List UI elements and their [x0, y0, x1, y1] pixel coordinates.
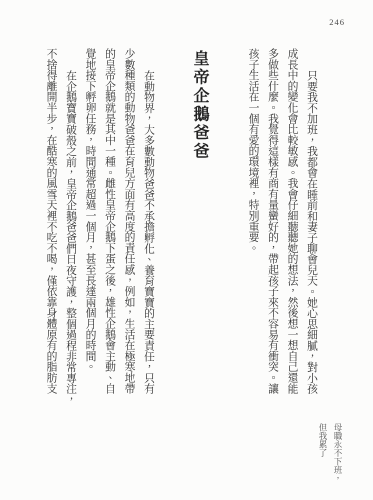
page-text-block: 只要我不加班，我都會在睡前和妻子聊會兒天。她心思細膩，對小孩 成長中的變化會比較… [41, 48, 321, 404]
text-column: 不捨得離開半步，在酷寒的風雪天裡不吃不喝，僅依靠身體原有的脂肪支 [41, 48, 61, 404]
running-book-title-line: 但我累了 [315, 423, 330, 483]
text-column: 在動物界，大多數動物爸爸不承擔孵化、養育寶寶的主要責任，只有 [139, 48, 159, 404]
text-column: 成長中的變化會比較敏感。我會仔細聽聽她的想法，然後想一想自己還能 [282, 48, 302, 404]
text-column: 覺地接下孵卵任務，時間通常超過一個月，甚至長達兩個月的時間。 [80, 48, 100, 404]
text-column: 只要我不加班，我都會在睡前和妻子聊會兒天。她心思細膩，對小孩 [302, 48, 322, 404]
running-book-title-line: 母職永不下班， [330, 423, 345, 483]
text-column: 在企鵝寶寶破殼之前，皇帝企鵝爸爸們日夜守護，整個過程非常專注， [61, 48, 81, 404]
body-paragraph-2: 在企鵝寶寶破殼之前，皇帝企鵝爸爸們日夜守護，整個過程非常專注， 不捨得離開半步，… [41, 48, 80, 404]
body-paragraph-1: 在動物界，大多數動物爸爸不承擔孵化、養育寶寶的主要責任，只有 少數種類的動物爸爸… [80, 48, 158, 404]
text-column: 孩子生活在一個有愛的環境裡，特別重要。 [243, 48, 263, 404]
text-column: 多做些什麼。我覺得這樣有商有量蠻好的，帶起孩子來不容易有衝突。讓 [263, 48, 283, 404]
book-page: 246 只要我不加班，我都會在睡前和妻子聊會兒天。她心思細膩，對小孩 成長中的變… [0, 0, 373, 500]
page-number: 246 [329, 17, 345, 27]
running-book-title: 母職永不下班， 但我累了 [315, 423, 345, 483]
intro-paragraph: 只要我不加班，我都會在睡前和妻子聊會兒天。她心思細膩，對小孩 成長中的變化會比較… [243, 48, 321, 404]
text-column: 少數種類的動物爸爸在育兒方面有高度的責任感，例如，生活在極寒地帶 [119, 48, 139, 404]
text-column: 的皇帝企鵝就是其中一種。雌性皇帝企鵝下蛋之後，雄性企鵝會主動、自 [100, 48, 120, 404]
chapter-title: 皇帝企鵝爸爸 [189, 48, 210, 404]
